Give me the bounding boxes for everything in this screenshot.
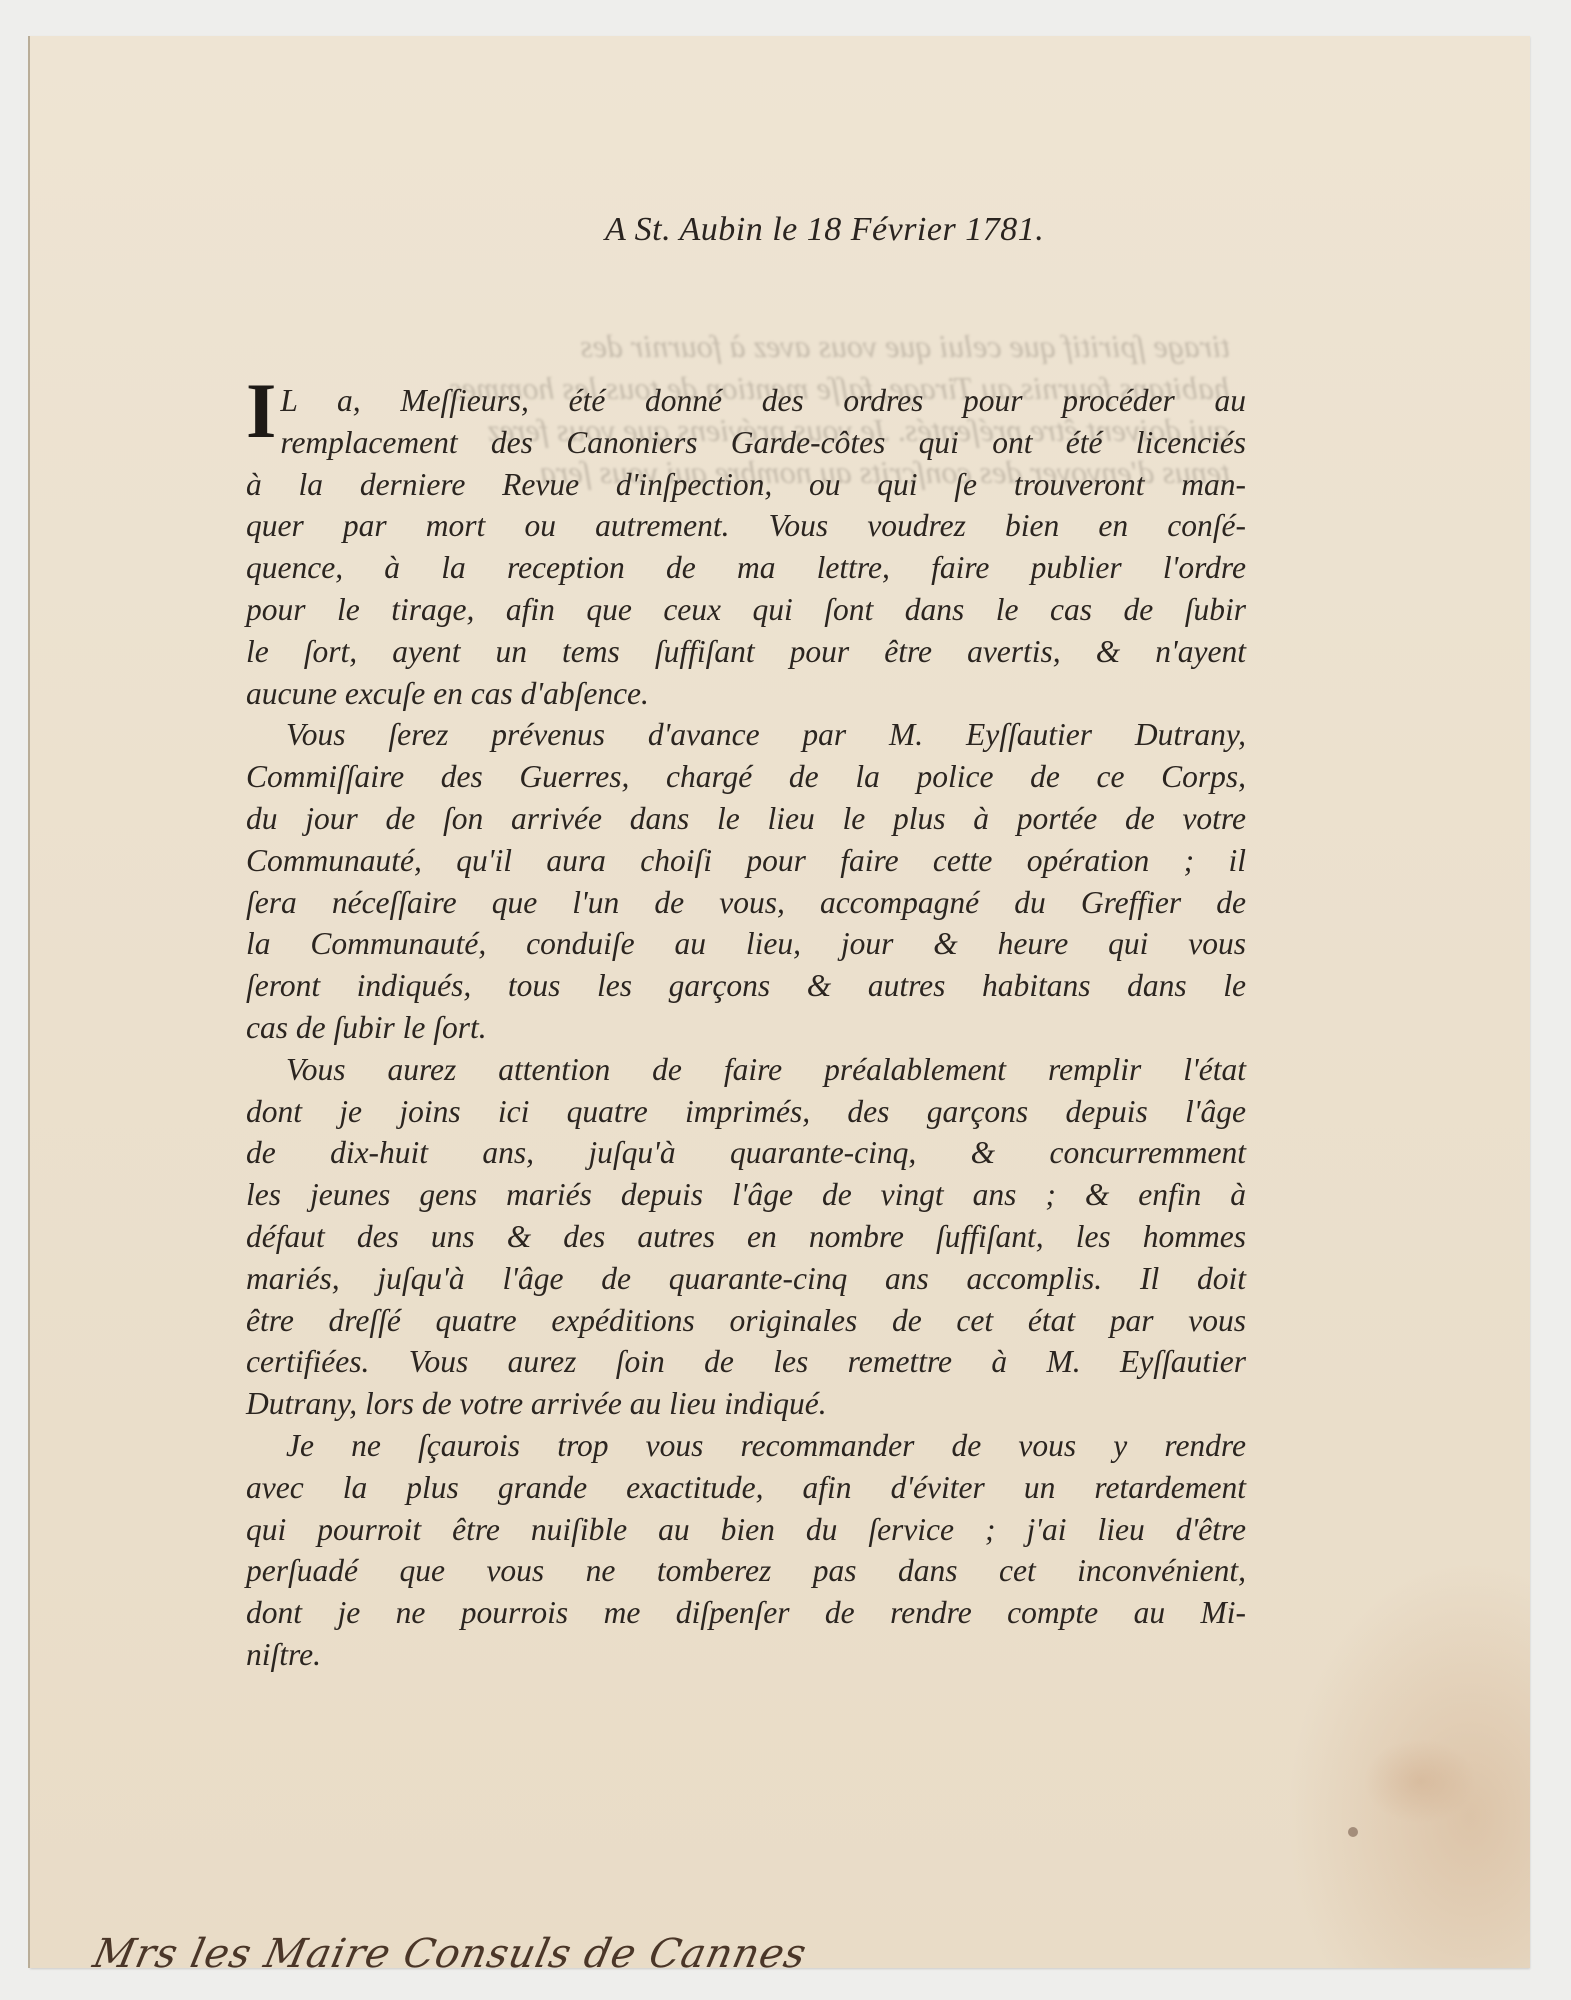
text-line: quer par mort ou autrement. Vous voudrez… <box>246 505 1246 547</box>
text-line: les jeunes gens mariés depuis l'âge de v… <box>246 1174 1246 1216</box>
text-line: qui pourroit être nuiſible au bien du ſe… <box>246 1509 1246 1551</box>
text-line: Dutrany, lors de votre arrivée au lieu i… <box>246 1383 1246 1425</box>
text-line: mariés, juſqu'à l'âge de quarante-cinq a… <box>246 1258 1246 1300</box>
text-line: Vous aurez attention de faire préalablem… <box>246 1049 1246 1091</box>
text-line: Je ne ſçaurois trop vous recommander de … <box>246 1425 1246 1467</box>
text-line: L a, Meſſieurs, été donné des ordres pou… <box>246 380 1246 422</box>
text-line: perſuadé que vous ne tomberez pas dans c… <box>246 1550 1246 1592</box>
text-line: du jour de ſon arrivée dans le lieu le p… <box>246 798 1246 840</box>
text-line: Vous ſerez prévenus d'avance par M. Eyſſ… <box>246 714 1246 756</box>
letter-body: I L a, Meſſieurs, été donné des ordres p… <box>246 380 1246 1676</box>
text-line: être dreſſé quatre expéditions originale… <box>246 1300 1246 1342</box>
text-line: ſeront indiqués, tous les garçons & autr… <box>246 965 1246 1007</box>
dateline: A St. Aubin le 18 Février 1781. <box>605 211 1044 249</box>
paragraph-4: Je ne ſçaurois trop vous recommander de … <box>246 1425 1246 1676</box>
text-line: Commiſſaire des Guerres, chargé de la po… <box>246 756 1246 798</box>
text-line: défaut des uns & des autres en nombre ſu… <box>246 1216 1246 1258</box>
paragraph-1: I L a, Meſſieurs, été donné des ordres p… <box>246 380 1246 714</box>
text-line: aucune excuſe en cas d'abſence. <box>246 673 1246 715</box>
text-line: pour le tirage, afin que ceux qui ſont d… <box>246 589 1246 631</box>
letter-paper: tirage ſpiritif que celui que vous avez … <box>30 36 1530 1968</box>
text-line: quence, à la reception de ma lettre, fai… <box>246 547 1246 589</box>
paragraph-2: Vous ſerez prévenus d'avance par M. Eyſſ… <box>246 714 1246 1048</box>
text-line: Communauté, qu'il aura choiſi pour faire… <box>246 840 1246 882</box>
text-line: la Communauté, conduiſe au lieu, jour & … <box>246 923 1246 965</box>
text-line: cas de ſubir le ſort. <box>246 1007 1246 1049</box>
text-line: certifiées. Vous aurez ſoin de les remet… <box>246 1341 1246 1383</box>
text-line: remplacement des Canoniers Garde-côtes q… <box>246 422 1246 464</box>
paragraph-3: Vous aurez attention de faire préalablem… <box>246 1049 1246 1425</box>
text-line: dont je ne pourrois me diſpenſer de rend… <box>246 1592 1246 1634</box>
text-line: de dix-huit ans, juſqu'à quarante-cinq, … <box>246 1132 1246 1174</box>
text-line: dont je joins ici quatre imprimés, des g… <box>246 1091 1246 1133</box>
text-line: avec la plus grande exactitude, afin d'é… <box>246 1467 1246 1509</box>
text-line: le ſort, ayent un tems ſuffiſant pour êt… <box>246 631 1246 673</box>
text-line: niſtre. <box>246 1634 1246 1676</box>
handwritten-address: Mrs les Maire Consuls de Cannes <box>89 1931 811 1977</box>
text-line: ſera néceſſaire que l'un de vous, accomp… <box>246 882 1246 924</box>
drop-cap: I <box>246 382 276 440</box>
text-line: à la derniere Revue d'inſpection, ou qui… <box>246 464 1246 506</box>
